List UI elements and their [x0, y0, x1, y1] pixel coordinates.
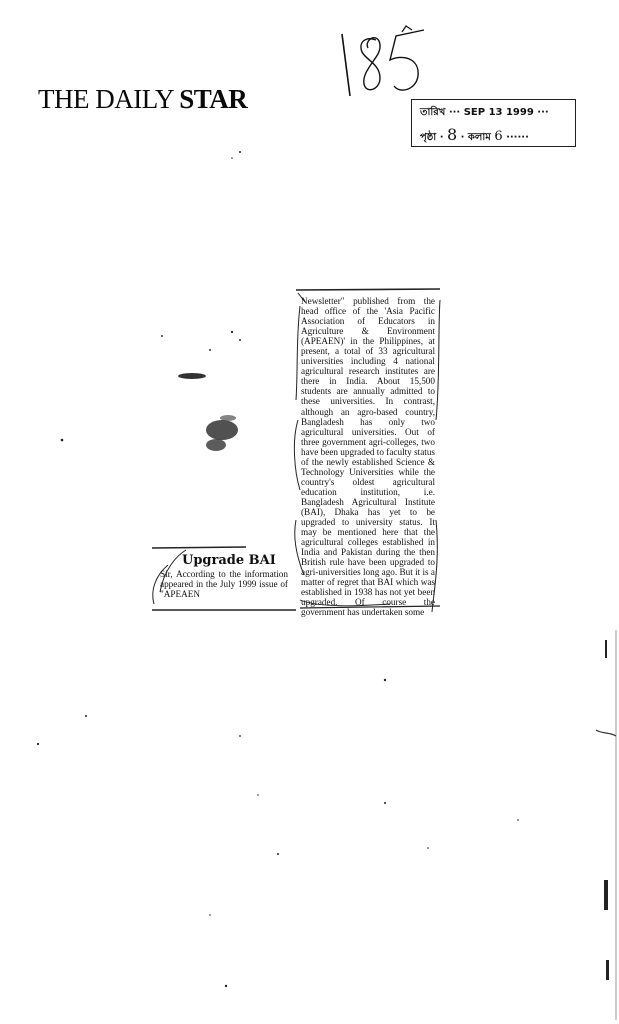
- scan-noise: [0, 0, 619, 1024]
